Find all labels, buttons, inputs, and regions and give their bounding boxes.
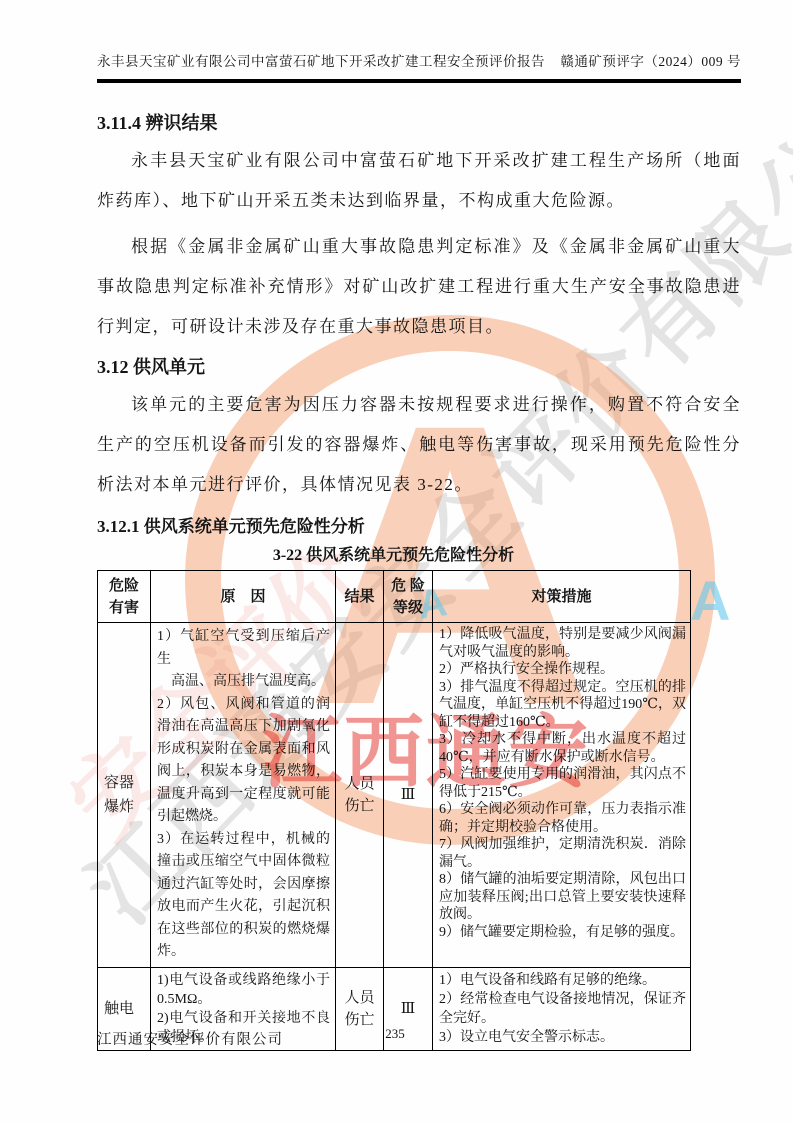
paragraph-air-supply-unit: 该单元的主要危害为因压力容器未按规程要求进行操作，购置不符合安全生产的空压机设备…: [97, 385, 741, 505]
cell-result: 人员 伤亡: [336, 623, 384, 968]
cell-hazard: 容器 爆炸: [98, 623, 151, 968]
footer-company-name: 江西通安安全评价有限公司: [97, 1028, 283, 1049]
heading-3-12-1: 3.12.1 供风系统单元预先危险性分析: [97, 515, 741, 539]
page-content: 永丰县天宝矿业有限公司中富萤石矿地下开采改扩建工程安全预评价报告 赣通矿预评字（…: [0, 0, 793, 1051]
heading-3-12: 3.12 供风单元: [97, 355, 741, 379]
header-report-title: 永丰县天宝矿业有限公司中富萤石矿地下开采改扩建工程安全预评价报告: [97, 50, 545, 70]
page-header: 永丰县天宝矿业有限公司中富萤石矿地下开采改扩建工程安全预评价报告 赣通矿预评字（…: [97, 50, 741, 83]
col-header-measures: 对策措施: [433, 571, 691, 623]
table-caption: 3-22 供风系统单元预先危险性分析: [97, 545, 690, 567]
footer-page-number: 235: [310, 1026, 480, 1042]
cell-level: Ⅲ: [384, 623, 433, 968]
table-header-row: 危险 有害 原 因 结果 危 险 等级 对策措施: [98, 571, 691, 623]
col-header-hazard: 危险 有害: [98, 571, 151, 623]
cell-measures: 1）降低吸气温度，特别是要减少风阀漏气对吸气温度的影响。 2）严格执行安全操作规…: [433, 623, 691, 968]
heading-3-11-4: 3.11.4 辨识结果: [97, 111, 741, 135]
document-page: 江西通安安全评价有限公司 A 安全评价 江西通安 A A 永丰县天宝矿业有限公司…: [0, 0, 793, 1122]
col-header-level: 危 险 等级: [384, 571, 433, 623]
hazard-analysis-table: 危险 有害 原 因 结果 危 险 等级 对策措施 容器 爆炸 1）气缸空气受到压…: [97, 570, 691, 1051]
paragraph-identification-result: 永丰县天宝矿业有限公司中富萤石矿地下开采改扩建工程生产场所（地面炸药库）、地下矿…: [97, 141, 741, 221]
col-header-cause: 原 因: [151, 571, 336, 623]
cell-cause: 1）气缸空气受到压缩后产生 高温、高压排气温度高。 2）风包、风阀和管道的润滑油…: [151, 623, 336, 968]
col-header-result: 结果: [336, 571, 384, 623]
table-row-container-explosion: 容器 爆炸 1）气缸空气受到压缩后产生 高温、高压排气温度高。 2）风包、风阀和…: [98, 623, 691, 968]
paragraph-judgment-standard: 根据《金属非金属矿山重大事故隐患判定标准》及《金属非金属矿山重大事故隐患判定标准…: [97, 227, 741, 347]
header-doc-number: 赣通矿预评字（2024）009 号: [560, 50, 741, 70]
